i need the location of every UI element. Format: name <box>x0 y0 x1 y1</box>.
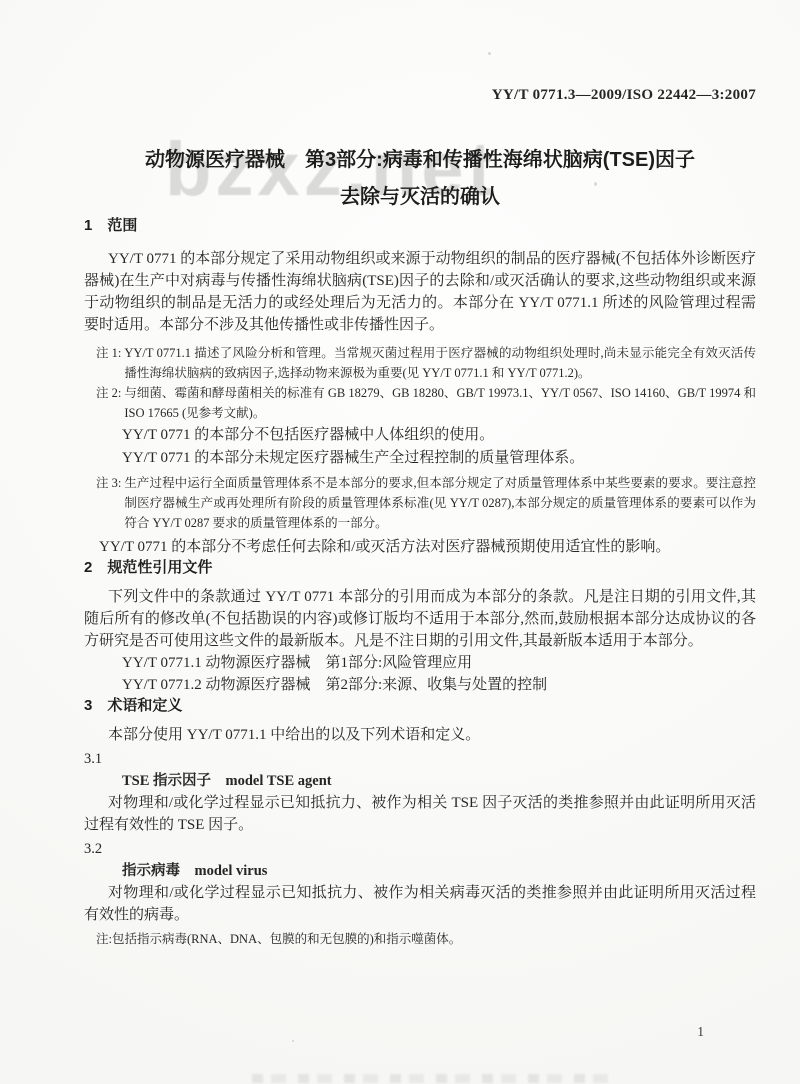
scope-notes: 注 1: YY/T 0771.1 描述了风险分析和管理。当常规灭菌过程用于医疗器… <box>84 343 756 423</box>
terms-intro-paragraph: 本部分使用 YY/T 0771.1 中给出的以及下列术语和定义。 <box>84 724 756 746</box>
section-3-heading: 3 术语和定义 <box>84 696 756 716</box>
title-line-1: 动物源医疗器械 第3部分:病毒和传播性海绵状脑病(TSE)因子 <box>84 142 756 179</box>
section-1-heading: 1 范围 <box>84 216 756 236</box>
term-3-2-number: 3.2 <box>84 838 756 860</box>
standard-code: YY/T 0771.3—2009/ISO 22442—3:2007 <box>84 86 756 104</box>
reference-yyt-0771-2: YY/T 0771.2 动物源医疗器械 第2部分:来源、收集与处置的控制 <box>122 674 756 696</box>
note-1: 注 1: YY/T 0771.1 描述了风险分析和管理。当常规灭菌过程用于医疗器… <box>96 343 756 383</box>
term-3-2-definition: 对物理和/或化学过程显示已知抵抗力、被作为相关病毒灭活的类推参照并由此证明所用灭… <box>84 882 756 926</box>
term-3-2-note: 注:包括指示病毒(RNA、DNA、包膜的和无包膜的)和指示噬菌体。 <box>96 929 756 949</box>
note-1-text: YY/T 0771.1 描述了风险分析和管理。当常规灭菌过程用于医疗器械的动物组… <box>124 343 756 383</box>
scan-speck <box>488 52 491 55</box>
document-title: 动物源医疗器械 第3部分:病毒和传播性海绵状脑病(TSE)因子 去除与灭活的确认 <box>84 142 756 216</box>
note-3-label: 注 3: <box>96 473 121 533</box>
note-2: 注 2: 与细菌、霉菌和酵母菌相关的标准有 GB 18279、GB 18280、… <box>96 383 756 423</box>
scope-paragraph: YY/T 0771 的本部分规定了采用动物组织或来源于动物组织的制品的医疗器械(… <box>84 248 756 336</box>
term-3-1-title: TSE 指示因子 model TSE agent <box>122 770 756 792</box>
note-2-text: 与细菌、霉菌和酵母菌相关的标准有 GB 18279、GB 18280、GB/T … <box>124 383 756 423</box>
reference-yyt-0771-1: YY/T 0771.1 动物源医疗器械 第1部分:风险管理应用 <box>122 652 756 674</box>
scope-statement-human-tissue: YY/T 0771 的本部分不包括医疗器械中人体组织的使用。 <box>122 424 756 446</box>
section-2-heading: 2 规范性引用文件 <box>84 558 756 578</box>
scan-speck <box>594 182 597 186</box>
title-line-2: 去除与灭活的确认 <box>84 179 756 216</box>
note-1-label: 注 1: <box>96 343 121 383</box>
scope-statement-suitability: YY/T 0771 的本部分不考虑任何去除和/或灭活方法对医疗器械预期使用适宜性… <box>84 536 756 558</box>
note-2-label: 注 2: <box>96 383 121 423</box>
document-page: YY/T 0771.3—2009/ISO 22442—3:2007 bzxz.n… <box>0 0 800 1084</box>
note-3: 注 3: 生产过程中运行全面质量管理体系不是本部分的要求,但本部分规定了对质量管… <box>96 473 756 533</box>
note-3-text: 生产过程中运行全面质量管理体系不是本部分的要求,但本部分规定了对质量管理体系中某… <box>124 473 756 533</box>
term-3-1-definition: 对物理和/或化学过程显示已知抵抗力、被作为相关 TSE 因子灭活的类推参照并由此… <box>84 792 756 836</box>
page-number: 1 <box>697 1024 704 1040</box>
scan-speck <box>292 1040 294 1042</box>
normative-references-paragraph: 下列文件中的条款通过 YY/T 0771 本部分的引用而成为本部分的条款。凡是注… <box>84 586 756 652</box>
term-3-2-title: 指示病毒 model virus <box>122 860 756 882</box>
cutoff-footer-artifact <box>252 1074 612 1083</box>
scope-statement-qms: YY/T 0771 的本部分未规定医疗器械生产全过程控制的质量管理体系。 <box>122 447 756 469</box>
term-3-1-number: 3.1 <box>84 748 756 770</box>
